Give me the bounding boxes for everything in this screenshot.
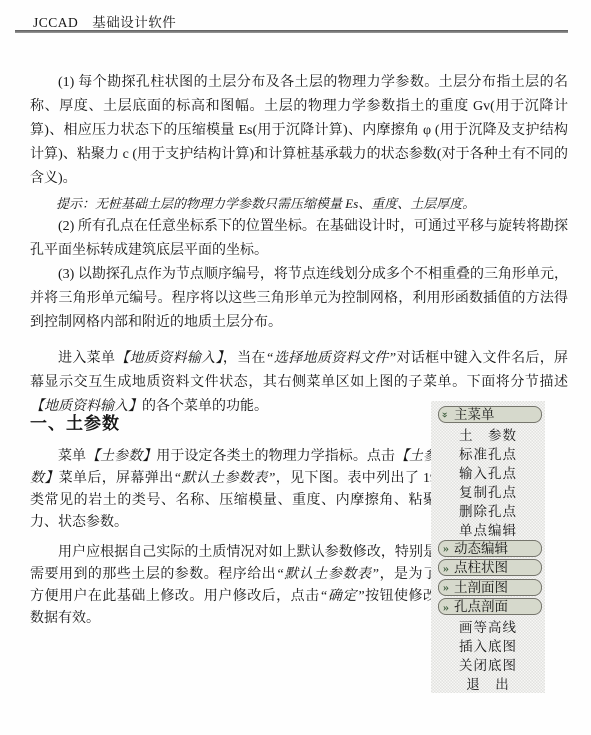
section-heading: 一、土参数	[30, 409, 437, 434]
menu-section-main[interactable]: » 主菜单	[438, 406, 542, 423]
section-soil-params: 一、土参数 菜单【土参数】用于设定各类土的物理力学指标。点击【土参数】菜单后，屏…	[30, 409, 437, 638]
menu-section-label: 土剖面图	[454, 580, 508, 595]
document-page: JCCAD基础设计软件 (1) 每个勘探孔柱状图的土层分布及各土层的物理力学参数…	[0, 0, 591, 735]
section-paragraph-1: 菜单【土参数】用于设定各类土的物理力学指标。点击【土参数】菜单后，屏幕弹出“默认…	[30, 446, 437, 534]
menu-section-label: 主菜单	[454, 407, 495, 422]
section-paragraph-2: 用户应根据自己实际的土质情况对如上默认参数修改，特别是需要用到的那些土层的参数。…	[30, 542, 437, 630]
hint-note: 提示：无桩基础土层的物理力学参数只需压缩模量 Es、重度、土层厚度。	[30, 194, 568, 213]
menu-item-standard-hole[interactable]: 标准孔点	[431, 445, 545, 464]
menu-item-copy-hole[interactable]: 复制孔点	[431, 483, 545, 502]
header-app-name: JCCAD	[33, 15, 78, 30]
chevron-double-right-icon: »	[443, 562, 449, 574]
paragraph-1: (1) 每个勘探孔柱状图的土层分布及各土层的物理力学参数。土层分布指土层的名称、…	[30, 71, 568, 191]
menu-item-input-hole[interactable]: 输入孔点	[431, 464, 545, 483]
menu-sidebar: » 主菜单 土 参数 标准孔点 输入孔点 复制孔点 删除孔点 单点编辑 » 动态…	[431, 401, 545, 693]
chevron-double-right-icon: »	[443, 581, 449, 593]
menu-item-draw-contour[interactable]: 画等高线	[431, 618, 545, 637]
chevron-double-right-icon: »	[443, 542, 449, 554]
header-divider	[15, 30, 568, 33]
menu-section-soil-profile[interactable]: » 土剖面图	[438, 579, 542, 596]
menu-section-column-chart[interactable]: » 点柱状图	[438, 559, 542, 576]
chevron-double-down-icon: »	[440, 412, 452, 418]
menu-item-insert-basemap[interactable]: 插入底图	[431, 637, 545, 656]
chevron-double-right-icon: »	[443, 601, 449, 613]
menu-item-close-basemap[interactable]: 关闭底图	[431, 656, 545, 675]
menu-item-single-point-edit[interactable]: 单点编辑	[431, 521, 545, 540]
menu-item-soil-params[interactable]: 土 参数	[431, 426, 545, 445]
menu-section-label: 动态编辑	[454, 541, 508, 556]
menu-section-label: 孔点剖面	[454, 599, 508, 614]
intro-text-block: (1) 每个勘探孔柱状图的土层分布及各土层的物理力学参数。土层分布指土层的名称、…	[30, 71, 568, 419]
paragraph-3: (3) 以勘探孔点作为节点顺序编号，将节点连线划分成多个不相重叠的三角形单元，并…	[30, 263, 568, 335]
page-header: JCCAD基础设计软件	[33, 11, 176, 31]
menu-section-label: 点柱状图	[454, 560, 508, 575]
menu-item-delete-hole[interactable]: 删除孔点	[431, 502, 545, 521]
paragraph-2: (2) 所有孔点在任意坐标系下的位置坐标。在基础设计时，可通过平移与旋转将勘探孔…	[30, 215, 568, 263]
menu-item-exit[interactable]: 退 出	[431, 675, 545, 694]
header-subtitle: 基础设计软件	[92, 15, 176, 30]
menu-section-dynamic-edit[interactable]: » 动态编辑	[438, 540, 542, 557]
menu-section-hole-profile[interactable]: » 孔点剖面	[438, 598, 542, 615]
